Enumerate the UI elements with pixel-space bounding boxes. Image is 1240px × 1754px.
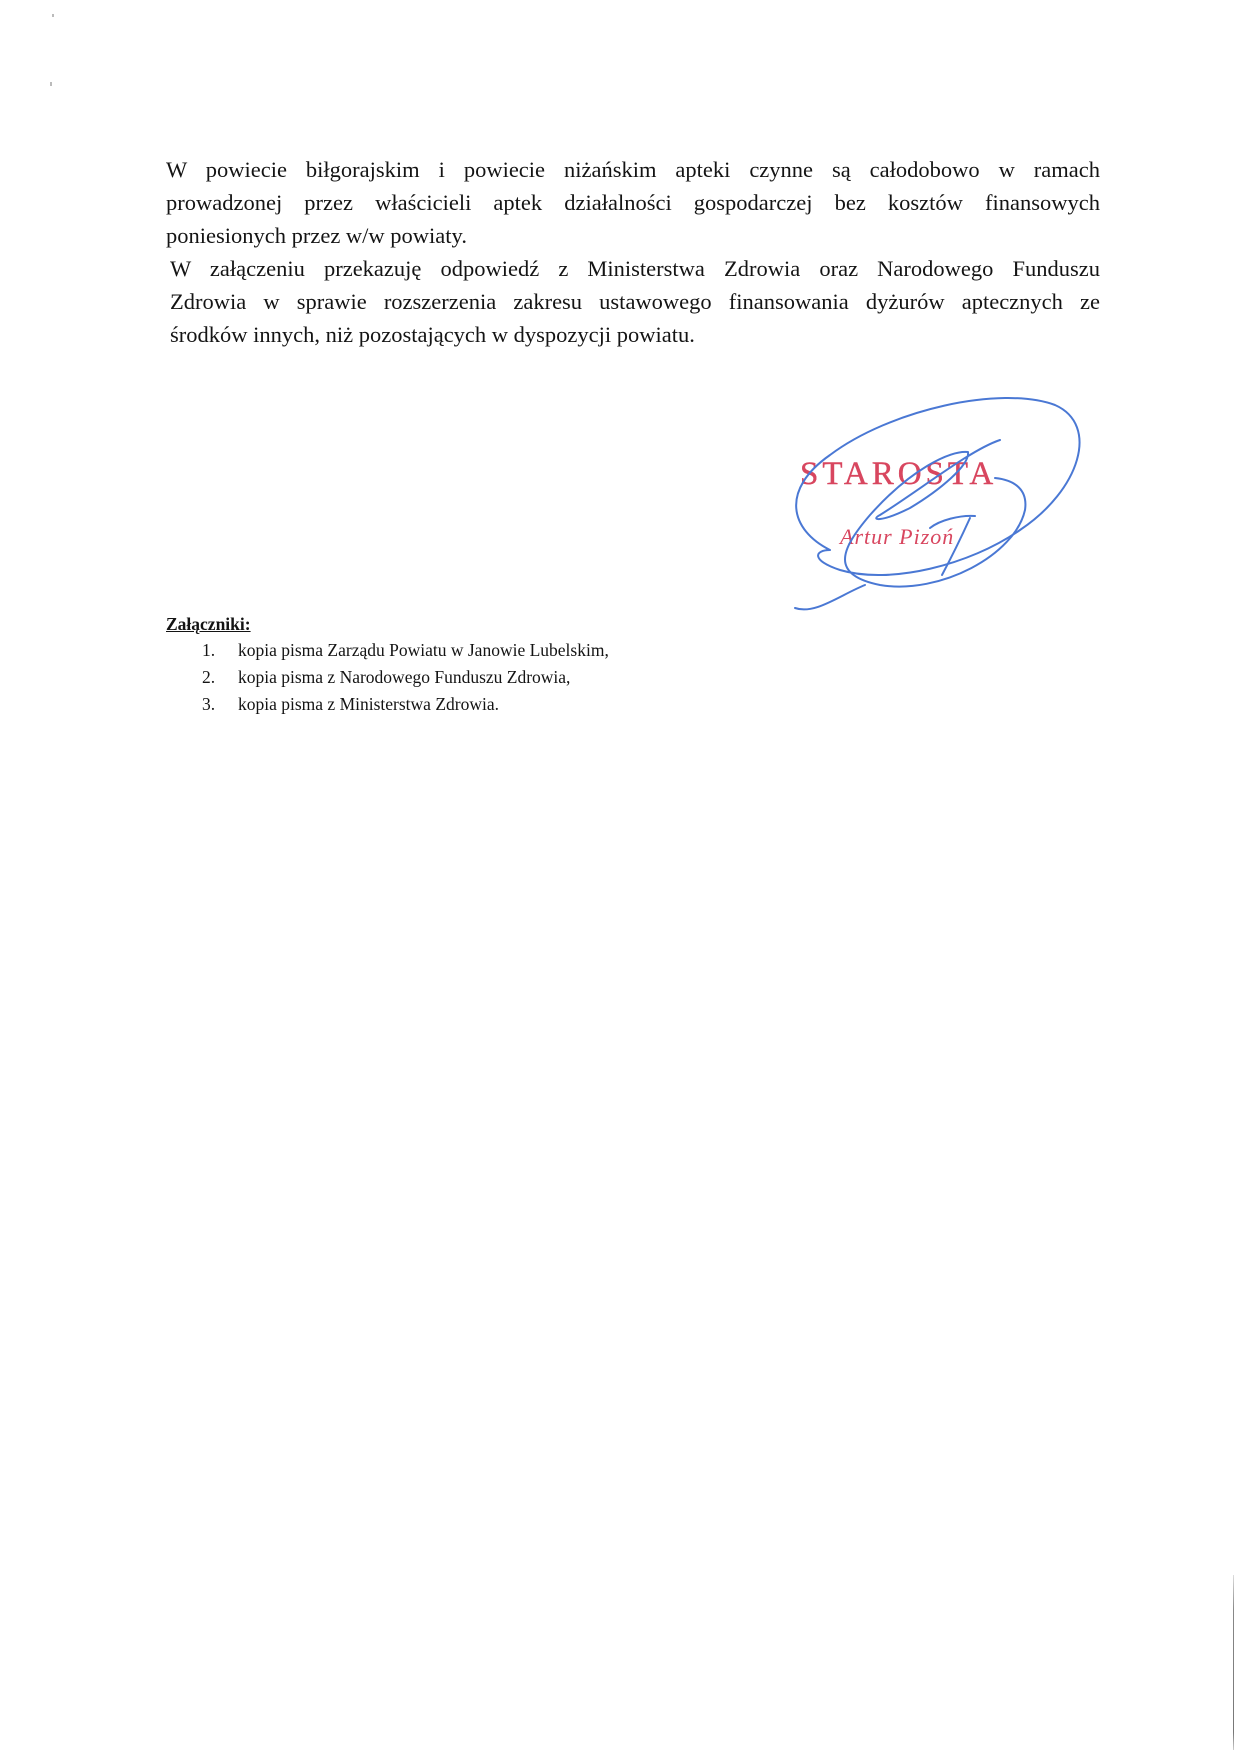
attachment-number: 3. bbox=[202, 691, 238, 718]
attachments-heading: Załączniki: bbox=[166, 611, 609, 637]
paragraph-line: W załączeniu przekazuję odpowiedź z Mini… bbox=[170, 252, 1100, 285]
scan-speck bbox=[52, 14, 54, 17]
attachment-item: 3.kopia pisma z Ministerstwa Zdrowia. bbox=[166, 691, 609, 718]
attachments-list: 1.kopia pisma Zarządu Powiatu w Janowie … bbox=[166, 637, 609, 718]
attachments-section: Załączniki: 1.kopia pisma Zarządu Powiat… bbox=[166, 611, 609, 718]
paragraph-pharmacies: W powiecie biłgorajskim i powiecie niżań… bbox=[166, 153, 1100, 252]
attachment-item: 2.kopia pisma z Narodowego Funduszu Zdro… bbox=[166, 664, 609, 691]
scan-edge-line bbox=[1233, 1575, 1234, 1750]
paragraph-attachment-note: W załączeniu przekazuję odpowiedź z Mini… bbox=[170, 252, 1100, 351]
attachment-text: kopia pisma z Narodowego Funduszu Zdrowi… bbox=[238, 667, 570, 687]
attachment-number: 2. bbox=[202, 664, 238, 691]
attachment-text: kopia pisma z Ministerstwa Zdrowia. bbox=[238, 694, 499, 714]
scan-speck bbox=[50, 82, 52, 86]
paragraph-line: W powiecie biłgorajskim i powiecie niżań… bbox=[166, 153, 1100, 186]
signature-block: STAROSTA Artur Pizoń bbox=[770, 380, 1100, 620]
paragraph-line: prowadzonej przez właścicieli aptek dzia… bbox=[166, 186, 1100, 219]
paragraph-line: środków innych, niż pozostających w dysp… bbox=[170, 318, 1100, 351]
handwritten-signature-icon bbox=[770, 380, 1100, 620]
paragraph-line: poniesionych przez w/w powiaty. bbox=[166, 219, 1100, 252]
paragraph-line: Zdrowia w sprawie rozszerzenia zakresu u… bbox=[170, 285, 1100, 318]
attachment-item: 1.kopia pisma Zarządu Powiatu w Janowie … bbox=[166, 637, 609, 664]
attachment-number: 1. bbox=[202, 637, 238, 664]
document-page: W powiecie biłgorajskim i powiecie niżań… bbox=[0, 0, 1240, 1754]
attachment-text: kopia pisma Zarządu Powiatu w Janowie Lu… bbox=[238, 640, 609, 660]
